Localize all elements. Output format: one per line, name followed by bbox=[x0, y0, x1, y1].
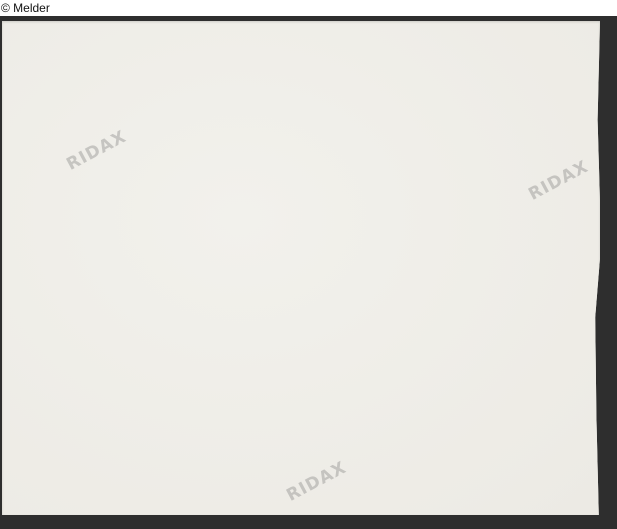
photo: RIDAX RIDAX RIDAX bbox=[0, 16, 617, 529]
paper-sheet: RIDAX RIDAX RIDAX bbox=[2, 21, 600, 515]
ridax-stamp: RIDAX bbox=[63, 127, 130, 175]
ridax-stamp: RIDAX bbox=[525, 157, 592, 205]
copyright-caption: © Melder bbox=[1, 0, 50, 16]
ridax-stamp: RIDAX bbox=[283, 458, 350, 506]
